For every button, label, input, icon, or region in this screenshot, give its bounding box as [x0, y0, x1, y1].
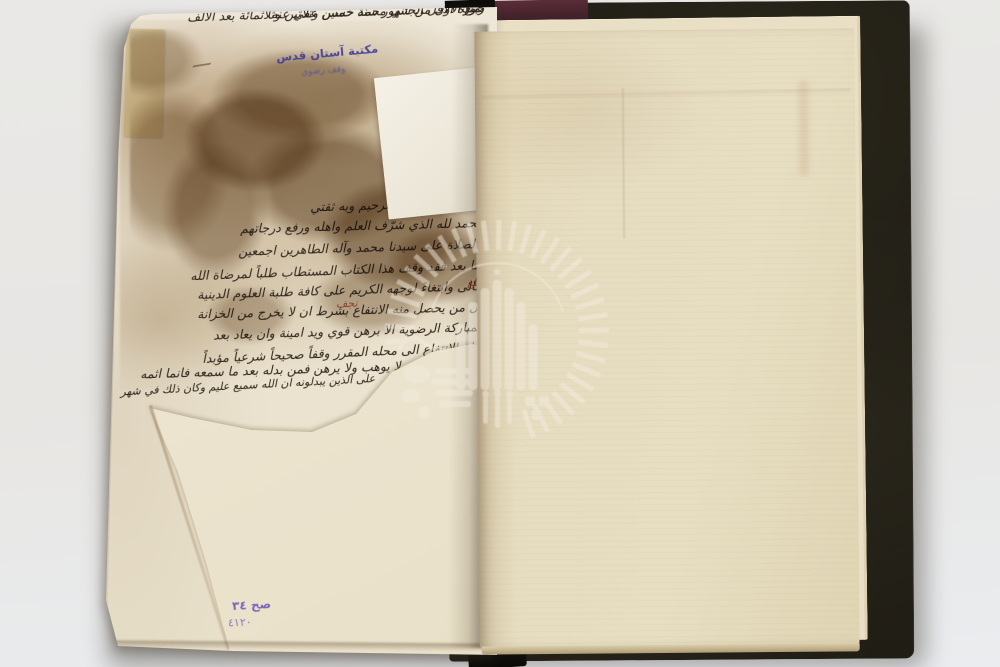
- fold-mark: [622, 88, 625, 238]
- stain-tide-line: [481, 88, 851, 100]
- photo-of-open-manuscript: بسم الله الرحمن الرحيم وبه ثقتي الحمد لل…: [0, 0, 1000, 667]
- right-page: [474, 28, 859, 647]
- inventory-note: صح ٣٤: [232, 597, 272, 613]
- inventory-number: ٤١٢٠: [228, 616, 252, 630]
- faint-smudge: [799, 81, 809, 176]
